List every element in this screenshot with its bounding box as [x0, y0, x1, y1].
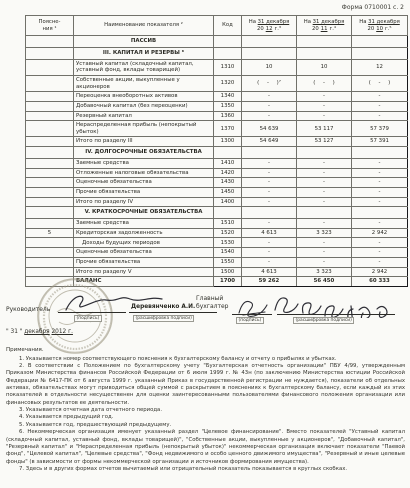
name-cell: Уставный капитал (складочный капитал, ус… — [74, 59, 214, 75]
value-cell: 3 323 — [297, 267, 352, 277]
value-cell: - — [242, 197, 297, 207]
value-cell: - — [352, 168, 408, 178]
header-line: 2010г.⁵ — [354, 26, 405, 32]
name-cell: V. КРАТКОСРОЧНЫЕ ОБЯЗАТЕЛЬСТВА — [74, 207, 214, 219]
value-cell: - — [297, 111, 352, 121]
note-cell — [26, 168, 74, 178]
column-header-explanations: Поясне- ния ¹ — [26, 16, 74, 36]
header-line: ния ¹ — [28, 26, 71, 32]
code-cell — [214, 48, 242, 60]
table-row: Переоценка внеоборотных активов1340--- — [26, 92, 408, 102]
date-year: 2012 г. — [51, 329, 72, 335]
value-cell: 53 127 — [297, 137, 352, 147]
section-header-row: ПАССИВ — [26, 36, 408, 48]
code-cell: 1500 — [214, 267, 242, 277]
value-cell: - — [352, 158, 408, 168]
code-cell: 1540 — [214, 248, 242, 258]
name-cell: Прочие обязательства — [74, 187, 214, 197]
code-cell: 1410 — [214, 158, 242, 168]
code-cell — [214, 36, 242, 48]
value-cell: - — [352, 238, 408, 248]
note-cell — [26, 187, 74, 197]
date-day: " 31 " — [6, 329, 22, 335]
name-cell: Кредиторская задолженность — [74, 228, 214, 238]
value-cell: 4 613 — [242, 267, 297, 277]
decode-caption: (расшифровка подписи) — [293, 317, 354, 324]
name-cell: Доходы будущих периодов — [74, 238, 214, 248]
code-cell: 1700 — [214, 277, 242, 287]
code-cell: 1360 — [214, 111, 242, 121]
table-row: Отложенные налоговые обязательства1420--… — [26, 168, 408, 178]
code-cell: 1310 — [214, 59, 242, 75]
date-month: декабря — [24, 329, 49, 335]
value-cell: - — [242, 101, 297, 111]
note-cell — [26, 207, 74, 219]
code-cell: 1320 — [214, 76, 242, 92]
note-cell: 5 — [26, 228, 74, 238]
code-cell: 1520 — [214, 228, 242, 238]
table-header: Поясне- ния ¹ Наименование показателя ² … — [26, 16, 408, 36]
note-cell — [26, 76, 74, 92]
note-cell — [26, 219, 74, 229]
value-cell — [352, 48, 408, 60]
table-row: Доходы будущих периодов1530--- — [26, 238, 408, 248]
value-cell: 2 942 — [352, 267, 408, 277]
table-row: Прочие обязательства1450--- — [26, 187, 408, 197]
value-cell: - — [297, 238, 352, 248]
value-cell: - — [352, 219, 408, 229]
note-item: 7. Здесь и в других формах отчетов вычит… — [6, 466, 405, 473]
value-cell: 3 323 — [297, 228, 352, 238]
name-cell: Прочие обязательства — [74, 257, 214, 267]
value-cell: - — [297, 197, 352, 207]
value-cell: - — [352, 178, 408, 188]
director-role-label: Руководитель — [6, 306, 50, 313]
value-cell: - — [242, 219, 297, 229]
code-cell: 1510 — [214, 219, 242, 229]
table-row: Заемные средства1510--- — [26, 219, 408, 229]
form-reference: Форма 0710001 с. 2 — [342, 4, 404, 11]
value-cell: - — [242, 168, 297, 178]
table-row: Нераспределенная прибыль (непокрытый убы… — [26, 121, 408, 137]
director-signature-line — [58, 312, 126, 313]
value-cell: - — [242, 238, 297, 248]
column-header-period-2011: На 31 декабря 2011г.⁴ — [297, 16, 352, 36]
value-cell: ( - ) — [352, 76, 408, 92]
value-cell — [297, 36, 352, 48]
value-cell: 54 639 — [242, 121, 297, 137]
note-item: 1. Указывается номер соответствующего по… — [6, 356, 405, 363]
section-header-row: V. КРАТКОСРОЧНЫЕ ОБЯЗАТЕЛЬСТВА — [26, 207, 408, 219]
name-cell: ПАССИВ — [74, 36, 214, 48]
note-cell — [26, 137, 74, 147]
value-cell: - — [297, 168, 352, 178]
code-cell: 1550 — [214, 257, 242, 267]
value-cell: 59 262 — [242, 277, 297, 287]
note-item: 2. В соответствии с Положением по бухгал… — [6, 363, 405, 407]
name-cell: Собственные акции, выкупленные у акционе… — [74, 76, 214, 92]
balance-table-body: ПАССИВIII. КАПИТАЛ И РЕЗЕРВЫ ⁶Уставный к… — [26, 36, 408, 287]
value-cell: - — [352, 101, 408, 111]
value-cell: - — [297, 178, 352, 188]
value-cell — [297, 147, 352, 159]
name-cell: Заемные средства — [74, 158, 214, 168]
value-cell: - — [352, 111, 408, 121]
note-cell — [26, 147, 74, 159]
value-cell: - — [297, 248, 352, 258]
value-cell: - — [297, 101, 352, 111]
signature-caption: (подпись) — [236, 317, 264, 324]
code-cell: 1450 — [214, 187, 242, 197]
value-cell: - — [297, 187, 352, 197]
value-cell: 10 — [242, 59, 297, 75]
table-row: Резервный капитал1360--- — [26, 111, 408, 121]
value-cell: 57 391 — [352, 137, 408, 147]
notes-heading: Примечания. — [6, 347, 405, 355]
note-cell — [26, 248, 74, 258]
value-cell — [352, 147, 408, 159]
value-cell: - — [242, 257, 297, 267]
code-cell: 1350 — [214, 101, 242, 111]
value-cell — [242, 207, 297, 219]
table-row: Уставный капитал (складочный капитал, ус… — [26, 59, 408, 75]
value-cell: ( - ) — [297, 76, 352, 92]
table-row: Итого по разделу IV1400--- — [26, 197, 408, 207]
note-cell — [26, 111, 74, 121]
value-cell: - — [242, 111, 297, 121]
accountant-signature-line — [232, 314, 272, 315]
value-cell — [242, 147, 297, 159]
note-cell — [26, 158, 74, 168]
name-cell: Нераспределенная прибыль (непокрытый убы… — [74, 121, 214, 137]
value-cell — [297, 207, 352, 219]
header-line: На 31 декабря — [299, 19, 349, 25]
value-cell: - — [352, 187, 408, 197]
value-cell: - — [352, 248, 408, 258]
name-cell: III. КАПИТАЛ И РЕЗЕРВЫ ⁶ — [74, 48, 214, 60]
value-cell: - — [297, 92, 352, 102]
signature-caption: (подпись) — [74, 315, 102, 322]
code-cell: 1370 — [214, 121, 242, 137]
code-cell: 1420 — [214, 168, 242, 178]
value-cell: 10 — [297, 59, 352, 75]
value-cell — [352, 36, 408, 48]
name-cell: Оценочные обязательства — [74, 248, 214, 258]
note-item: 4. Указывается предыдущий год. — [6, 414, 405, 421]
table-row: 5Кредиторская задолженность15204 6133 32… — [26, 228, 408, 238]
column-header-period-2010: На 31 декабря 2010г.⁵ — [352, 16, 408, 36]
note-cell — [26, 36, 74, 48]
table-row: Добавочный капитал (без переоценки)1350-… — [26, 101, 408, 111]
table-row: Собственные акции, выкупленные у акционе… — [26, 76, 408, 92]
note-cell — [26, 92, 74, 102]
table-row: Прочие обязательства1550--- — [26, 257, 408, 267]
note-cell — [26, 238, 74, 248]
note-cell — [26, 121, 74, 137]
value-cell — [242, 48, 297, 60]
name-cell: Оценочные обязательства — [74, 178, 214, 188]
table-row: Оценочные обязательства1540--- — [26, 248, 408, 258]
column-header-code: Код — [214, 16, 242, 36]
value-cell: - — [352, 197, 408, 207]
value-cell: - — [352, 257, 408, 267]
value-cell: ( - )⁷ — [242, 76, 297, 92]
value-cell: 54 649 — [242, 137, 297, 147]
note-item: 6. Некоммерческая организация именует ук… — [6, 429, 405, 466]
name-cell: Резервный капитал — [74, 111, 214, 121]
column-header-indicator-name: Наименование показателя ² — [74, 16, 214, 36]
code-cell — [214, 207, 242, 219]
value-cell — [297, 48, 352, 60]
notes-section: Примечания. 1. Указывается номер соответ… — [6, 347, 405, 473]
balance-table: Поясне- ния ¹ Наименование показателя ² … — [25, 15, 408, 287]
value-cell: - — [242, 92, 297, 102]
value-cell — [242, 36, 297, 48]
header-line: На 31 декабря — [354, 19, 405, 25]
value-cell: 56 450 — [297, 277, 352, 287]
code-cell: 1340 — [214, 92, 242, 102]
note-cell — [26, 48, 74, 60]
value-cell: 60 333 — [352, 277, 408, 287]
value-cell: - — [297, 158, 352, 168]
value-cell: 12 — [352, 59, 408, 75]
report-date: " 31 " декабря 2012 г. — [6, 329, 73, 335]
value-cell: - — [352, 92, 408, 102]
column-header-period-2012: На 31 декабря 2012г.³ — [242, 16, 297, 36]
code-cell — [214, 147, 242, 159]
name-cell: Переоценка внеоборотных активов — [74, 92, 214, 102]
value-cell: - — [242, 248, 297, 258]
name-cell: Заемные средства — [74, 219, 214, 229]
accountant-role-label-2: бухгалтер — [196, 303, 228, 310]
value-cell: - — [297, 257, 352, 267]
value-cell: 4 613 — [242, 228, 297, 238]
header-line: На 31 декабря — [244, 19, 294, 25]
name-cell: Отложенные налоговые обязательства — [74, 168, 214, 178]
note-cell — [26, 59, 74, 75]
header-line: 2011г.⁴ — [299, 26, 349, 32]
name-cell: IV. ДОЛГОСРОЧНЫЕ ОБЯЗАТЕЛЬСТВА — [74, 147, 214, 159]
header-row: Поясне- ния ¹ Наименование показателя ² … — [26, 16, 408, 36]
note-cell — [26, 257, 74, 267]
code-cell: 1400 — [214, 197, 242, 207]
table-row: Итого по разделу III130054 64953 12757 3… — [26, 137, 408, 147]
director-name: Деревянченко А.И. — [131, 304, 195, 310]
code-cell: 1300 — [214, 137, 242, 147]
code-cell: 1430 — [214, 178, 242, 188]
table-row: Оценочные обязательства1430--- — [26, 178, 408, 188]
section-header-row: IV. ДОЛГОСРОЧНЫЕ ОБЯЗАТЕЛЬСТВА — [26, 147, 408, 159]
note-cell — [26, 101, 74, 111]
value-cell — [352, 207, 408, 219]
note-cell — [26, 178, 74, 188]
decode-caption: (расшифровка подписи) — [133, 315, 194, 322]
value-cell: - — [242, 178, 297, 188]
code-cell: 1530 — [214, 238, 242, 248]
value-cell: 53 117 — [297, 121, 352, 137]
section-header-row: III. КАПИТАЛ И РЕЗЕРВЫ ⁶ — [26, 48, 408, 60]
name-cell: Добавочный капитал (без переоценки) — [74, 101, 214, 111]
note-cell — [26, 197, 74, 207]
name-cell: Итого по разделу III — [74, 137, 214, 147]
accountant-role-label-1: Главный — [196, 295, 223, 302]
name-cell: Итого по разделу IV — [74, 197, 214, 207]
value-cell: - — [242, 158, 297, 168]
header-line: 2012г.³ — [244, 26, 294, 32]
value-cell: - — [242, 187, 297, 197]
table-row: Заемные средства1410--- — [26, 158, 408, 168]
director-name-line — [129, 312, 217, 313]
balance-sheet-page: Форма 0710001 с. 2 Поясне- ния ¹ Наимено… — [0, 0, 410, 488]
accountant-name-line — [277, 314, 395, 315]
value-cell: - — [297, 219, 352, 229]
value-cell: 57 379 — [352, 121, 408, 137]
value-cell: 2 942 — [352, 228, 408, 238]
